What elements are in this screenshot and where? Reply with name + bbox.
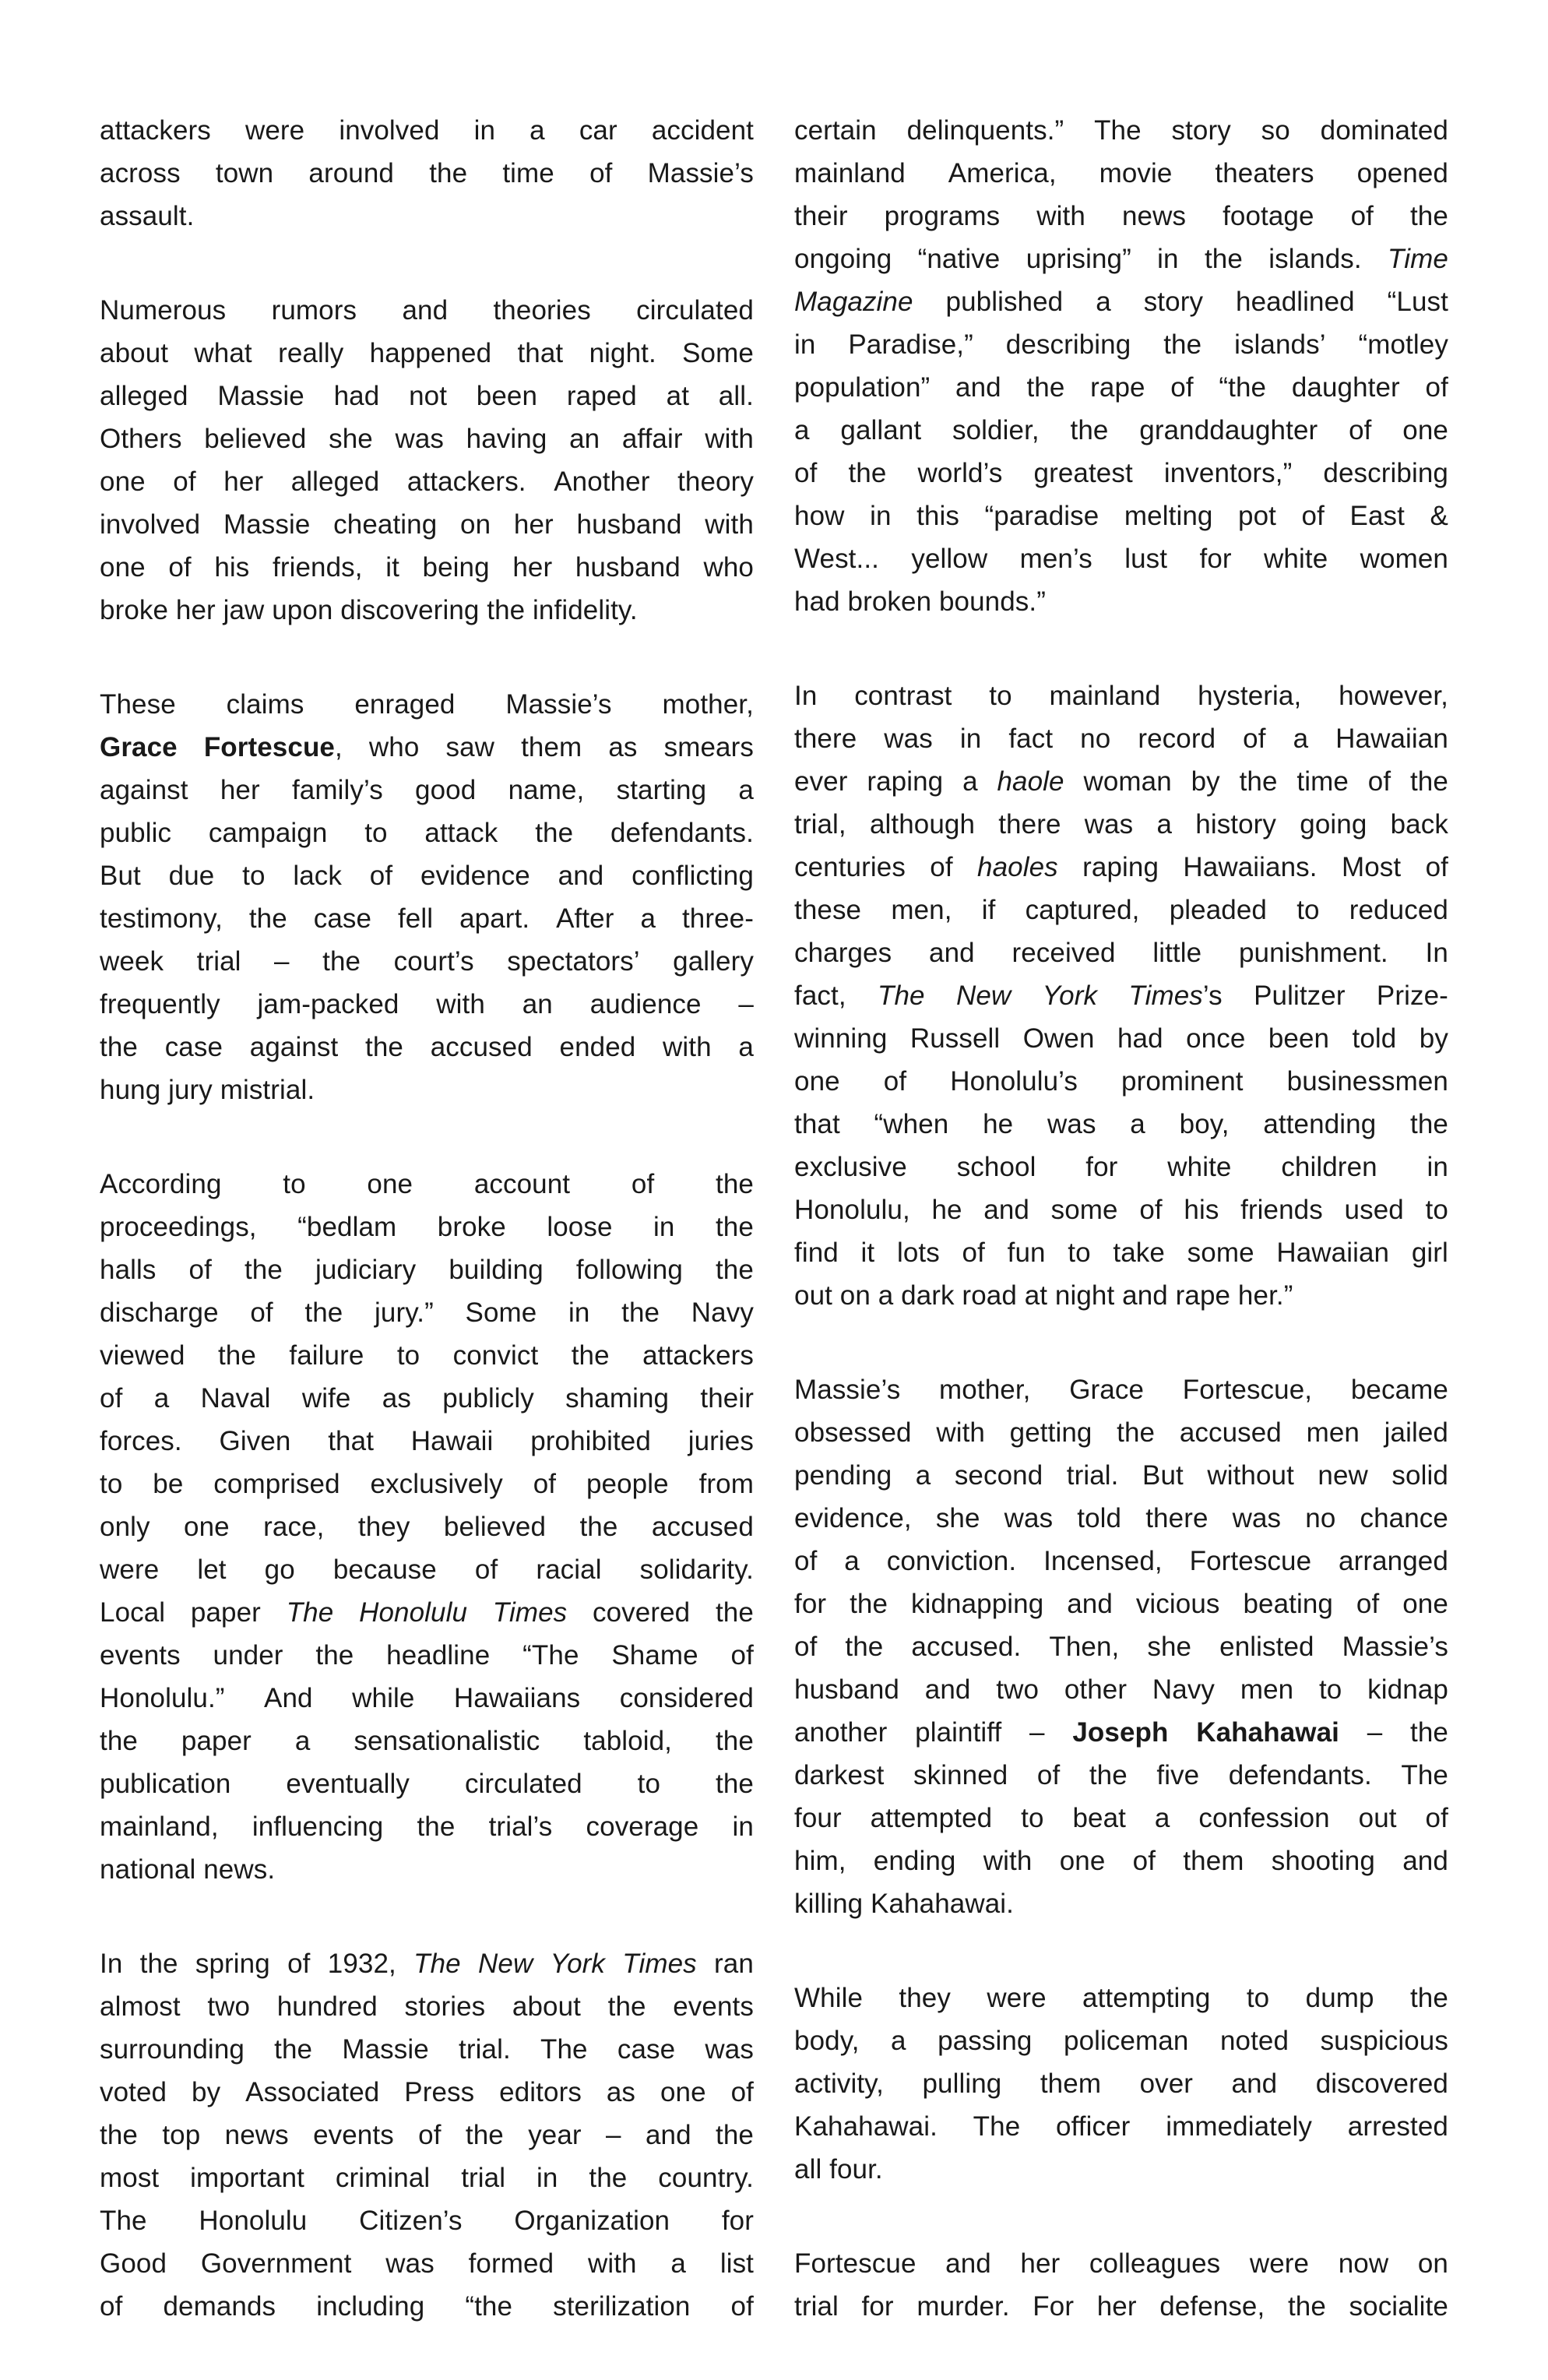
column-right: certaindelinquents.”Thestorysodominatedm…: [794, 109, 1448, 2328]
text-line: everrapingahaolewomanbythetimeofthe: [794, 760, 1448, 803]
word: for: [1085, 1146, 1117, 1188]
text-line: broke her jaw upon discovering the infid…: [100, 589, 754, 632]
word: Navy: [1152, 1668, 1215, 1711]
word: it: [861, 1231, 875, 1274]
text-line: forces.GiventhatHawaiiprohibitedjuries: [100, 1420, 754, 1463]
word: of: [1426, 846, 1448, 889]
word: to: [283, 1163, 305, 1206]
word: public: [100, 812, 171, 854]
word: of: [1351, 195, 1374, 238]
text-line: fact,TheNewYorkTimes’sPulitzerPrize-: [794, 974, 1448, 1017]
word: sensationalistic: [354, 1720, 540, 1762]
word: her: [514, 503, 554, 546]
word: lust: [1124, 537, 1167, 580]
word: Associated: [245, 2071, 379, 2114]
word: &: [1430, 495, 1448, 537]
word: footage: [1223, 195, 1314, 238]
word: judiciary: [315, 1248, 416, 1291]
word: a: [844, 1540, 860, 1583]
word: and: [1232, 2062, 1278, 2105]
word: Massie’s: [648, 152, 754, 195]
word: the: [100, 1026, 138, 1069]
word: at: [667, 375, 689, 417]
word: the: [716, 1206, 754, 1248]
word: shooting: [1272, 1840, 1375, 1882]
word: jam-packed: [258, 983, 399, 1026]
word: accident: [652, 109, 754, 152]
word: for: [862, 2285, 894, 2328]
word: was: [1233, 1497, 1282, 1540]
word: in: [1427, 1146, 1448, 1188]
word: Organization: [514, 2199, 670, 2242]
word: uprising”: [1026, 238, 1131, 280]
word: case: [314, 897, 371, 940]
word: attempting: [1082, 1977, 1210, 2019]
word: But: [100, 854, 141, 897]
word: night.: [589, 332, 656, 375]
word: two: [996, 1668, 1039, 1711]
word: one: [1060, 1840, 1106, 1882]
word: a: [738, 1026, 754, 1069]
word: the: [322, 940, 361, 983]
word: soldier,: [952, 409, 1040, 452]
word: case: [165, 1026, 223, 1069]
word: important: [190, 2156, 304, 2199]
word: were: [987, 1977, 1046, 2019]
word: news: [225, 2114, 289, 2156]
word: The: [413, 1942, 461, 1985]
word: officer: [1056, 2105, 1130, 2148]
text-line: attackerswereinvolvedinacaraccident: [100, 109, 754, 152]
word: two: [207, 1985, 250, 2028]
text-line: surroundingtheMassietrial.Thecasewas: [100, 2028, 754, 2071]
word: that: [517, 332, 563, 375]
word: time: [1296, 760, 1349, 803]
word: how: [794, 495, 845, 537]
word: women: [1360, 537, 1448, 580]
text-line: Kahahawai.Theofficerimmediatelyarrested: [794, 2105, 1448, 2148]
word: to: [100, 1463, 122, 1505]
word: ran: [714, 1942, 754, 1985]
word: West...: [794, 537, 879, 580]
word: circulated: [465, 1762, 582, 1805]
text-line: onlyonerace,theybelievedtheaccused: [100, 1505, 754, 1548]
word: told: [1077, 1497, 1121, 1540]
word: lack: [293, 854, 342, 897]
word: to: [397, 1334, 420, 1377]
word: one: [1402, 1583, 1448, 1625]
word: friends: [1240, 1188, 1323, 1231]
text-line: national news.: [100, 1848, 754, 1891]
word: in: [653, 1206, 674, 1248]
word: –: [1029, 1711, 1045, 1754]
text-segment: national news.: [100, 1854, 275, 1885]
word: “the: [465, 2285, 512, 2328]
word: starting: [617, 769, 707, 812]
word: Good: [100, 2242, 167, 2285]
word: York: [1043, 974, 1097, 1017]
word: people: [586, 1463, 669, 1505]
word: list: [720, 2242, 754, 2285]
text-line: thecaseagainsttheaccusedendedwitha: [100, 1026, 754, 1069]
word: captured,: [1026, 889, 1140, 931]
word: one: [184, 1505, 230, 1548]
word: stories: [404, 1985, 485, 2028]
word: East: [1350, 495, 1405, 537]
word: trial.: [459, 2028, 511, 2071]
word: mother,: [939, 1368, 1030, 1411]
word: there: [1145, 1497, 1208, 1540]
word: the: [589, 2156, 627, 2199]
word: And: [264, 1677, 313, 1720]
text-line: exclusiveschoolforwhitechildrenin: [794, 1146, 1448, 1188]
word: the: [1288, 2285, 1326, 2328]
word: an: [569, 417, 600, 460]
word: But: [1142, 1454, 1184, 1497]
word: the: [1026, 366, 1064, 409]
paragraph: Whiletheywereattemptingtodumpthebody,apa…: [794, 1977, 1448, 2191]
word: the: [218, 1334, 256, 1377]
word: involved: [339, 109, 439, 152]
text-line: Honolulu.”AndwhileHawaiiansconsidered: [100, 1677, 754, 1720]
word: the: [1071, 409, 1109, 452]
word: inventors,”: [1164, 452, 1293, 495]
word: of: [370, 854, 392, 897]
text-line: GoodGovernmentwasformedwithalist: [100, 2242, 754, 2285]
word: in: [870, 495, 891, 537]
word: her: [223, 460, 263, 503]
text-line: winningRussellOwenhadoncebeentoldby: [794, 1017, 1448, 1060]
text-line: trial,althoughtherewasahistorygoingback: [794, 803, 1448, 846]
word: Navy: [691, 1291, 754, 1334]
word: to: [1247, 1977, 1269, 2019]
column-left: attackerswereinvolvedinacaraccidentacros…: [100, 109, 754, 2328]
word: race,: [263, 1505, 324, 1548]
word: cheating: [333, 503, 437, 546]
word: broke: [438, 1206, 506, 1248]
word: to: [1426, 1188, 1448, 1231]
word: pleaded: [1170, 889, 1267, 931]
word: the: [1410, 1977, 1448, 2019]
word: convict: [453, 1334, 539, 1377]
word: she: [1147, 1625, 1191, 1668]
word: one: [367, 1163, 413, 1206]
word: so: [1261, 109, 1290, 152]
word: men: [1240, 1668, 1293, 1711]
word: accused: [652, 1505, 754, 1548]
word: with: [663, 1026, 712, 1069]
word: Numerous: [100, 289, 226, 332]
word: Others: [100, 417, 182, 460]
word: almost: [100, 1985, 181, 2028]
word: surrounding: [100, 2028, 245, 2071]
word: campaign: [209, 812, 328, 854]
word: his: [214, 546, 249, 589]
word: what: [194, 332, 252, 375]
word: on: [1418, 2242, 1448, 2285]
word: The: [287, 1591, 334, 1634]
word: men,: [891, 889, 952, 931]
word: describing: [1006, 323, 1131, 366]
word: fell: [398, 897, 433, 940]
word: fact,: [794, 974, 846, 1017]
text-segment: out on a dark road at night and rape her…: [794, 1280, 1293, 1311]
paragraph: Incontrasttomainlandhysteria,however,the…: [794, 674, 1448, 1317]
word: while: [352, 1677, 414, 1720]
word: Honolulu’s: [950, 1060, 1078, 1103]
text-line: ofaconviction.Incensed,Fortescuearranged: [794, 1540, 1448, 1583]
word: really: [278, 332, 343, 375]
word: attackers: [100, 109, 211, 152]
word: the: [1410, 1711, 1448, 1754]
text-line: wereletgobecauseofracialsolidarity.: [100, 1548, 754, 1591]
word: the: [716, 1248, 754, 1291]
word: in: [960, 717, 981, 760]
word: The: [973, 2105, 1021, 2148]
word: the: [535, 812, 573, 854]
word: her: [512, 546, 552, 589]
word: shaming: [565, 1377, 669, 1420]
text-segment: had broken bounds.”: [794, 586, 1046, 617]
word: ended: [560, 1026, 636, 1069]
word: jailed: [1384, 1411, 1448, 1454]
word: paper: [181, 1720, 252, 1762]
word: According: [100, 1163, 222, 1206]
word: events: [100, 1634, 181, 1677]
word: them: [521, 726, 582, 769]
word: pot: [1238, 495, 1276, 537]
word: fun: [1008, 1231, 1046, 1274]
word: beating: [1243, 1583, 1333, 1625]
word: rumors: [272, 289, 357, 332]
word: “motley: [1358, 323, 1448, 366]
word: of: [100, 2285, 122, 2328]
text-line: had broken bounds.”: [794, 580, 1448, 623]
word: however,: [1339, 674, 1448, 717]
word: trial: [794, 2285, 839, 2328]
word: of: [632, 1163, 654, 1206]
text-line: theirprogramswithnewsfootageofthe: [794, 195, 1448, 238]
word: the: [100, 2114, 138, 2156]
word: of: [930, 846, 952, 889]
word: that: [794, 1103, 840, 1146]
text-line: chargesandreceivedlittlepunishment.In: [794, 931, 1448, 974]
word: murder.: [916, 2285, 1009, 2328]
text-line: oneofHonolulu’sprominentbusinessmen: [794, 1060, 1448, 1103]
word: Fortescue: [794, 2242, 916, 2285]
word: 1932,: [328, 1942, 396, 1985]
word: events: [313, 2114, 394, 2156]
word: of: [173, 460, 195, 503]
word: the: [850, 1583, 888, 1625]
text-segment: assault.: [100, 201, 194, 231]
word: granddaughter: [1139, 409, 1318, 452]
word: and: [983, 1188, 1029, 1231]
word: pulling: [922, 2062, 1001, 2105]
word: mainland,: [100, 1805, 219, 1848]
text-line: Massie’smother,GraceFortescue,became: [794, 1368, 1448, 1411]
paragraph: Inthespringof1932,TheNewYorkTimesranalmo…: [100, 1942, 754, 2328]
word: of: [731, 2071, 754, 2114]
text-line: pendingasecondtrial.Butwithoutnewsolid: [794, 1454, 1448, 1497]
word: of: [1356, 1583, 1379, 1625]
text-line: Numerousrumorsandtheoriescirculated: [100, 289, 754, 332]
text-line: dischargeofthejury.”SomeintheNavy: [100, 1291, 754, 1334]
text-line: oftheworld’sgreatestinventors,”describin…: [794, 452, 1448, 495]
word: events: [673, 1985, 754, 2028]
word: evidence: [420, 854, 530, 897]
word: children: [1281, 1146, 1377, 1188]
word: mainland: [794, 152, 906, 195]
word: of: [794, 1625, 817, 1668]
word: their: [700, 1377, 754, 1420]
word: one: [660, 2071, 706, 2114]
text-line: Accordingtooneaccountofthe: [100, 1163, 754, 1206]
word: solid: [1391, 1454, 1448, 1497]
word: Fortescue,: [1183, 1368, 1312, 1411]
text-line: inParadise,”describingtheislands’“motley: [794, 323, 1448, 366]
word: For: [1033, 2285, 1074, 2328]
word: Some: [682, 332, 754, 375]
word: lots: [897, 1231, 940, 1274]
word: from: [699, 1463, 754, 1505]
word: defendants.: [610, 812, 754, 854]
word: in: [568, 1291, 589, 1334]
word: of: [533, 1463, 556, 1505]
word: about: [100, 332, 168, 375]
word: who: [703, 546, 754, 589]
text-segment: all four.: [794, 2154, 883, 2185]
word: socialite: [1349, 2285, 1448, 2328]
word: of: [1133, 1840, 1156, 1882]
word: Government: [201, 2242, 352, 2285]
word: prominent: [1121, 1060, 1244, 1103]
text-line: oneofherallegedattackers.Anothertheory: [100, 460, 754, 503]
word: paper: [191, 1591, 261, 1634]
word: tabloid,: [583, 1720, 672, 1762]
word: was: [1004, 1497, 1054, 1540]
word: theaters: [1215, 152, 1314, 195]
word: that: [328, 1420, 374, 1463]
word: became: [1351, 1368, 1448, 1411]
word: no: [1080, 717, 1110, 760]
word: raped: [567, 375, 637, 417]
text-line: assault.: [100, 195, 754, 238]
word: Kahahawai.: [794, 2105, 938, 2148]
text-segment: killing Kahahawai.: [794, 1889, 1014, 1919]
word: being: [423, 546, 490, 589]
word: racial: [536, 1548, 601, 1591]
word: with: [936, 1411, 985, 1454]
word: in: [794, 323, 815, 366]
word: Local: [100, 1591, 165, 1634]
text-line: husbandandtwootherNavymentokidnap: [794, 1668, 1448, 1711]
word: certain: [794, 109, 877, 152]
word: and: [945, 2242, 991, 2285]
word: him,: [794, 1840, 846, 1882]
word: for: [794, 1583, 826, 1625]
word: once: [1186, 1017, 1245, 1060]
word: one: [1402, 409, 1448, 452]
word: centuries: [794, 846, 906, 889]
word: colleagues: [1089, 2242, 1220, 2285]
word: going: [1300, 803, 1367, 846]
word: his: [1184, 1188, 1219, 1231]
word: a: [1293, 717, 1309, 760]
word: gallery: [673, 940, 754, 983]
text-line: involvedMassiecheatingonherhusbandwith: [100, 503, 754, 546]
word: claims: [227, 683, 304, 726]
word: and: [925, 1668, 971, 1711]
word: conflicting: [632, 854, 754, 897]
word: contrast: [854, 674, 952, 717]
paragraph: Massie’smother,GraceFortescue,becameobse…: [794, 1368, 1448, 1925]
word: saw: [445, 726, 494, 769]
word: trial’s: [489, 1805, 553, 1848]
word: be: [153, 1463, 183, 1505]
word: chance: [1360, 1497, 1448, 1540]
word: as: [607, 2071, 635, 2114]
word: of: [1302, 495, 1325, 537]
word: Owen: [1023, 1017, 1095, 1060]
word: a: [1130, 1103, 1145, 1146]
word: melting: [1124, 495, 1213, 537]
word: testimony,: [100, 897, 223, 940]
text-line: mainland,influencingthetrial’scoveragein: [100, 1805, 754, 1848]
word: over: [1140, 2062, 1194, 2105]
text-line: population”andtherapeof“thedaughterof: [794, 366, 1448, 409]
word: town: [216, 152, 273, 195]
word: plaintiff: [915, 1711, 1001, 1754]
word: she: [936, 1497, 980, 1540]
word: haoles: [977, 846, 1058, 889]
text-line: killing Kahahawai.: [794, 1882, 1448, 1925]
word: in: [537, 2156, 558, 2199]
word: a: [154, 1377, 170, 1420]
word: Massie’s: [794, 1368, 900, 1411]
paragraph: Fortescueandhercolleagueswerenowontrialf…: [794, 2242, 1448, 2328]
word: a: [1155, 1797, 1170, 1840]
word: and: [955, 366, 1001, 409]
word: prohibited: [530, 1420, 651, 1463]
paragraph: certaindelinquents.”Thestorysodominatedm…: [794, 109, 1448, 623]
word: the: [716, 1163, 754, 1206]
word: go: [265, 1548, 295, 1591]
word: defense,: [1159, 2285, 1265, 2328]
word: fact: [1008, 717, 1053, 760]
word: around: [308, 152, 394, 195]
word: “when: [874, 1103, 949, 1146]
word: raping: [867, 760, 943, 803]
word: to: [1319, 1668, 1342, 1711]
word: Times: [493, 1591, 567, 1634]
word: Some: [466, 1291, 537, 1334]
text-line: thetopnewseventsoftheyear–andthe: [100, 2114, 754, 2156]
word: Another: [554, 460, 649, 503]
word: was: [1047, 1103, 1096, 1146]
word: her: [220, 769, 260, 812]
word: formed: [469, 2242, 554, 2285]
word: of: [794, 452, 817, 495]
word: the: [315, 1634, 354, 1677]
word: woman: [1083, 760, 1171, 803]
word: spectators’: [507, 940, 639, 983]
word: a: [1096, 280, 1111, 323]
word: sterilization: [553, 2285, 690, 2328]
word: the: [1117, 1411, 1155, 1454]
word: by: [1191, 760, 1220, 803]
word: of: [1349, 409, 1371, 452]
